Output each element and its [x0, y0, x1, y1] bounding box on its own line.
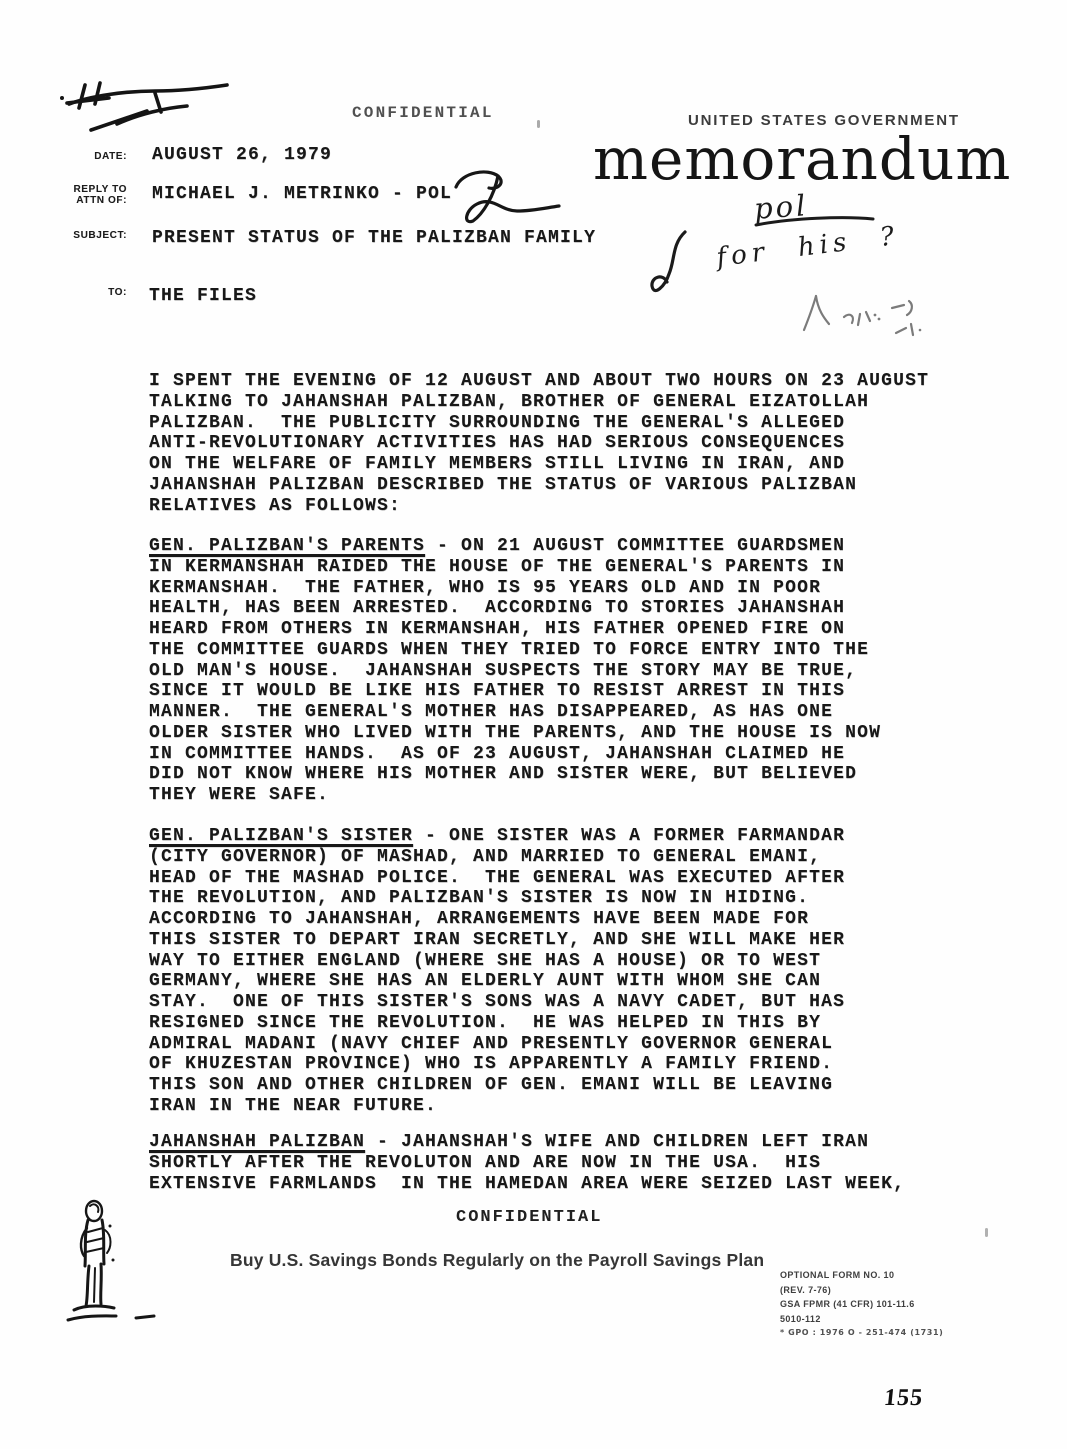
scan-speck	[985, 1228, 988, 1237]
reply-attn-value: MICHAEL J. METRINKO - POL	[152, 184, 452, 205]
memo-paragraph-sister: GEN. PALIZBAN'S SISTER - ONE SISTER WAS …	[149, 826, 979, 1117]
date-label: DATE:	[39, 151, 127, 162]
memo-paragraph-intro: I SPENT THE EVENING OF 12 AUGUST AND ABO…	[149, 371, 979, 516]
form-footnote-block: OPTIONAL FORM NO. 10 (REV. 7-76) GSA FPM…	[780, 1268, 915, 1326]
handwritten-scribble	[800, 290, 955, 342]
paragraph-text: - ONE SISTER WAS A FORMER FARMANDAR (CIT…	[149, 826, 845, 1116]
handwritten-signature	[448, 166, 563, 232]
paragraph-text: - ON 21 AUGUST COMMITTEE GUARDSMEN IN KE…	[149, 536, 881, 805]
reply-to-label-line2: ATTN OF:	[39, 195, 127, 206]
memo-paragraph-parents: GEN. PALIZBAN'S PARENTS - ON 21 AUGUST C…	[149, 536, 979, 806]
paragraph-heading: GEN. PALIZBAN'S PARENTS	[149, 536, 425, 556]
classification-bottom: CONFIDENTIAL	[456, 1208, 602, 1227]
to-value: THE FILES	[149, 286, 257, 307]
form-footnote-line: (REV. 7-76)	[780, 1283, 915, 1298]
paragraph-heading: GEN. PALIZBAN'S SISTER	[149, 826, 413, 846]
memo-paragraph-jahanshah: JAHANSHAH PALIZBAN - JAHANSHAH'S WIFE AN…	[149, 1132, 979, 1194]
form-footnote-line: GSA FPMR (41 CFR) 101-11.6	[780, 1297, 915, 1312]
date-value: AUGUST 26, 1979	[152, 145, 332, 166]
form-title: memorandum	[593, 130, 1011, 188]
paragraph-text: I SPENT THE EVENING OF 12 AUGUST AND ABO…	[149, 371, 929, 516]
form-footnote-line: OPTIONAL FORM NO. 10	[780, 1268, 915, 1283]
scan-speck	[537, 120, 540, 128]
paragraph-heading: JAHANSHAH PALIZBAN	[149, 1132, 365, 1152]
gpo-print-line: * GPO : 1976 O - 251-474 (1731)	[780, 1328, 943, 1337]
handwritten-strikeout-initials	[55, 76, 240, 142]
page-number: 155	[883, 1385, 925, 1412]
form-footnote-line: 5010-112	[780, 1312, 915, 1327]
to-label: TO:	[39, 287, 127, 298]
classification-top: CONFIDENTIAL	[352, 104, 494, 122]
memo-document: CONFIDENTIAL UNITED STATES GOVERNMENT me…	[0, 0, 1067, 1449]
minuteman-statue-stamp	[58, 1198, 158, 1330]
reply-to-label-line1: REPLY TO	[39, 184, 127, 195]
subject-label: SUBJECT:	[39, 230, 127, 241]
reply-to-label: REPLY TO ATTN OF:	[39, 184, 127, 206]
savings-bonds-slogan: Buy U.S. Savings Bonds Regularly on the …	[230, 1250, 764, 1271]
handwritten-flourish	[642, 228, 694, 300]
